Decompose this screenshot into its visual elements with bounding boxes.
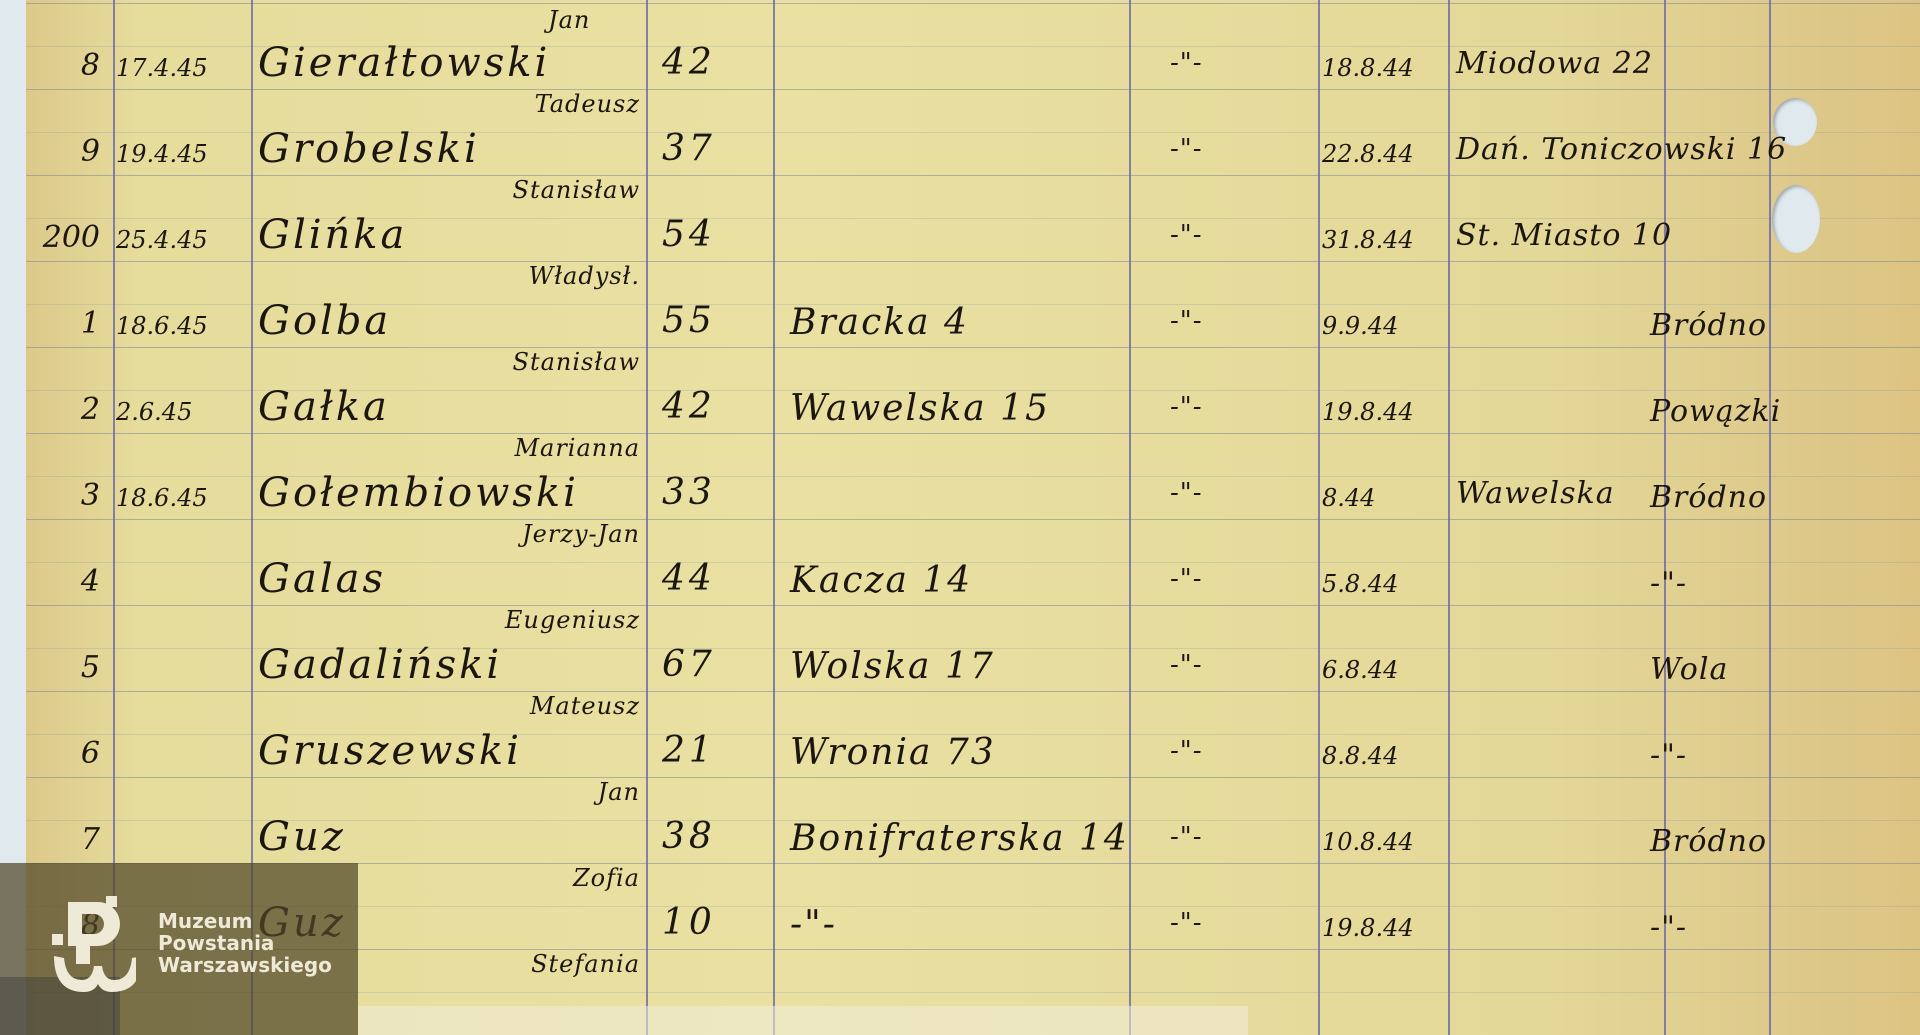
watermark-text: Muzeum Powstania Warszawskiego [158,910,332,976]
place: Miodowa 22 [1456,46,1653,81]
kotwica-anchor-icon [46,896,136,996]
given-name: Władysł. [529,262,640,290]
age: 10 [662,902,716,943]
given-name: Jan [598,778,640,806]
column-rule [1129,0,1131,1035]
given-name: Stanisław [513,176,640,204]
row-number: 1 [81,306,100,341]
remarks: Wola [1650,652,1728,687]
ditto-mark: -"- [1170,134,1203,164]
row-number: 3 [81,478,100,513]
horizontal-rule [26,89,1920,90]
watermark-line-2: Powstania [158,932,332,954]
row-number: 5 [81,650,100,685]
ditto-mark: -"- [1170,908,1203,938]
horizontal-rule [26,605,1920,606]
death-date: 6.8.44 [1322,656,1398,684]
horizontal-rule [26,777,1920,778]
ditto-mark: -"- [1170,822,1203,852]
given-name: Mateusz [530,692,640,720]
given-name: Tadeusz [535,90,640,118]
ditto-mark: -"- [1170,392,1203,422]
death-date: 18.8.44 [1322,54,1414,82]
horizontal-rule [26,3,1920,4]
column-rule [1448,0,1450,1035]
given-name: Zofia [573,864,640,892]
address: Wronia 73 [790,732,996,773]
entry-date: 25.4.45 [116,226,208,254]
death-date: 10.8.44 [1322,828,1414,856]
age: 42 [662,386,716,427]
age: 21 [662,730,716,771]
row-number: 200 [43,220,100,255]
remarks: Bródno [1650,308,1767,343]
entry-date: 18.6.45 [116,312,208,340]
ditto-mark: -"- [1170,736,1203,766]
surname: Gołembiowski [258,470,579,516]
row-number: 7 [81,822,100,857]
address: Bracka 4 [790,302,969,343]
remarks: Bródno [1650,480,1767,515]
ditto-mark: -"- [1170,306,1203,336]
surname: Grobelski [258,126,480,172]
address: Wolska 17 [790,646,995,687]
remarks: -"- [1650,910,1687,945]
remarks: Powązki [1650,394,1781,429]
death-date: 8.8.44 [1322,742,1398,770]
horizontal-rule [26,691,1920,692]
column-rule [646,0,648,1035]
given-name: Stanisław [513,348,640,376]
entry-date: 19.4.45 [116,140,208,168]
address: -"- [790,904,837,945]
entry-date: 2.6.45 [116,398,192,426]
surname: Gadaliński [258,642,502,688]
remarks: -"- [1650,738,1687,773]
row-number: 8 [81,48,100,83]
surname: Gierałtowski [258,40,550,86]
horizontal-rule [26,519,1920,520]
ditto-mark: -"- [1170,48,1203,78]
age: 44 [662,558,716,599]
surname: Gruszewski [258,728,522,774]
row-number: 2 [81,392,100,427]
ditto-mark: -"- [1170,478,1203,508]
horizontal-rule [26,175,1920,176]
surname: Guz [258,814,346,860]
age: 42 [662,42,716,83]
death-date: 9.9.44 [1322,312,1398,340]
horizontal-rule [26,347,1920,348]
place: Dań. Toniczowski 16 [1456,132,1787,167]
surname: Glińka [258,212,407,258]
given-name: Jerzy-Jan [522,520,640,548]
death-date: 19.8.44 [1322,914,1414,942]
column-rule [1318,0,1320,1035]
watermark-strip [358,1006,1248,1035]
given-name: Marianna [514,434,640,462]
death-date: 31.8.44 [1322,226,1414,254]
entry-date: 17.4.45 [116,54,208,82]
given-name: Eugeniusz [505,606,640,634]
ditto-mark: -"- [1170,564,1203,594]
age: 38 [662,816,716,857]
surname: Galas [258,556,386,602]
given-name: Stefania [531,950,640,978]
remarks: -"- [1650,566,1687,601]
place: St. Miasto 10 [1456,218,1672,253]
ditto-mark: -"- [1170,650,1203,680]
address: Kacza 14 [790,560,972,601]
age: 33 [662,472,716,513]
horizontal-rule [26,433,1920,434]
age: 54 [662,214,716,255]
surname: Gałka [258,384,390,430]
death-date: 5.8.44 [1322,570,1398,598]
age: 55 [662,300,716,341]
given-name-partial: Jan [548,6,590,34]
address: Wawelska 15 [790,388,1050,429]
row-number: 9 [81,134,100,169]
entry-date: 18.6.45 [116,484,208,512]
row-number: 4 [81,564,100,599]
punch-hole [1772,185,1820,253]
death-date: 19.8.44 [1322,398,1414,426]
watermark-line-1: Muzeum [158,910,332,932]
age: 67 [662,644,716,685]
address: Bonifraterska 14 [790,818,1129,859]
surname: Golba [258,298,391,344]
ditto-mark: -"- [1170,220,1203,250]
row-number: 6 [81,736,100,771]
horizontal-rule [26,261,1920,262]
remarks: Bródno [1650,824,1767,859]
column-rule [773,0,775,1035]
watermark-line-3: Warszawskiego [158,954,332,976]
death-date: 8.44 [1322,484,1375,512]
age: 37 [662,128,716,169]
place: Wawelska [1456,476,1615,511]
death-date: 22.8.44 [1322,140,1414,168]
